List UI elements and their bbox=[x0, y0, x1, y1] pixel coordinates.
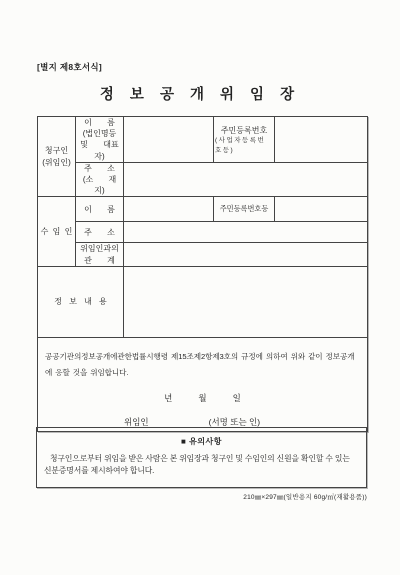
declaration-text: 공공기관의정보공개에관한법률시행령 제15조제2항제3호의 규정에 의하여 위와… bbox=[45, 349, 360, 380]
notice-box: ■ 유의사항 청구인으로부터 위임을 받은 사람은 본 위임장과 청구인 및 수… bbox=[36, 427, 367, 488]
claimant-name-row: 청구인 (위임인) 이 름 (법인명등 및 대표자) 주민등록번호 (사업자등록… bbox=[38, 117, 368, 163]
page-title: 정 보 공 개 위 임 장 bbox=[0, 83, 400, 104]
date-line: 년월일 bbox=[45, 392, 360, 404]
delegate-regno-field bbox=[275, 197, 368, 222]
delegate-name-label: 이 름 bbox=[76, 197, 124, 222]
claimant-address-row: 주 소 (소 재 지) bbox=[38, 162, 368, 197]
claimant-name-label: 이 름 (법인명등 및 대표자) bbox=[76, 117, 124, 163]
month-label: 월 bbox=[198, 393, 206, 403]
claimant-group-label: 청구인 (위임인) bbox=[38, 117, 76, 197]
delegate-address-row: 주 소 bbox=[38, 222, 368, 243]
form-number: [별지 제8호서식] bbox=[37, 61, 102, 73]
notice-text: 청구인으로부터 위임을 받은 사람은 본 위임장과 청구인 및 수임인의 신원을… bbox=[44, 453, 359, 478]
delegate-regno-label: 주민등록번호등 bbox=[214, 197, 275, 222]
delegate-address-label: 주 소 bbox=[76, 222, 124, 243]
year-label: 년 bbox=[164, 393, 172, 403]
notice-header: ■ 유의사항 bbox=[44, 436, 359, 447]
delegate-address-field bbox=[124, 222, 368, 243]
paper-spec-footer: 210㎜×297㎜(일반용지 60g/㎡(재활용품)) bbox=[243, 492, 367, 501]
claimant-regno-sublabel: (사업자등록번호등) bbox=[214, 136, 274, 156]
delegate-name-field bbox=[124, 197, 214, 222]
day-label: 일 bbox=[233, 393, 241, 403]
form-page: [별지 제8호서식] 정 보 공 개 위 임 장 청구인 (위임인) 이 름 (… bbox=[0, 0, 400, 575]
delegate-relation-row: 위임인과의 관 계 bbox=[38, 243, 368, 266]
declaration-cell: 공공기관의정보공개에관한법률시행령 제15조제2항제3호의 규정에 의하여 위와… bbox=[38, 337, 368, 431]
claimant-regno-label-cell: 주민등록번호 (사업자등록번호등) bbox=[214, 117, 275, 163]
claimant-address-label: 주 소 (소 재 지) bbox=[76, 162, 124, 197]
info-content-field bbox=[124, 266, 368, 337]
delegate-relation-field bbox=[124, 243, 368, 266]
form-table: 청구인 (위임인) 이 름 (법인명등 및 대표자) 주민등록번호 (사업자등록… bbox=[37, 116, 368, 432]
delegate-relation-label: 위임인과의 관 계 bbox=[76, 243, 124, 266]
signer-label: 위임인 bbox=[124, 417, 149, 427]
claimant-regno-label: 주민등록번호 bbox=[214, 125, 274, 136]
claimant-name-field bbox=[124, 117, 214, 163]
delegate-group-label: 수 임 인 bbox=[38, 197, 76, 266]
info-content-row: 정 보 내 용 bbox=[38, 266, 368, 337]
claimant-address-field bbox=[124, 162, 368, 197]
info-content-label: 정 보 내 용 bbox=[38, 266, 124, 337]
delegate-name-row: 수 임 인 이 름 주민등록번호등 bbox=[38, 197, 368, 222]
claimant-regno-field bbox=[275, 117, 368, 163]
declaration-row: 공공기관의정보공개에관한법률시행령 제15조제2항제3호의 규정에 의하여 위와… bbox=[38, 337, 368, 431]
sign-note: (서명 또는 인) bbox=[209, 417, 260, 427]
